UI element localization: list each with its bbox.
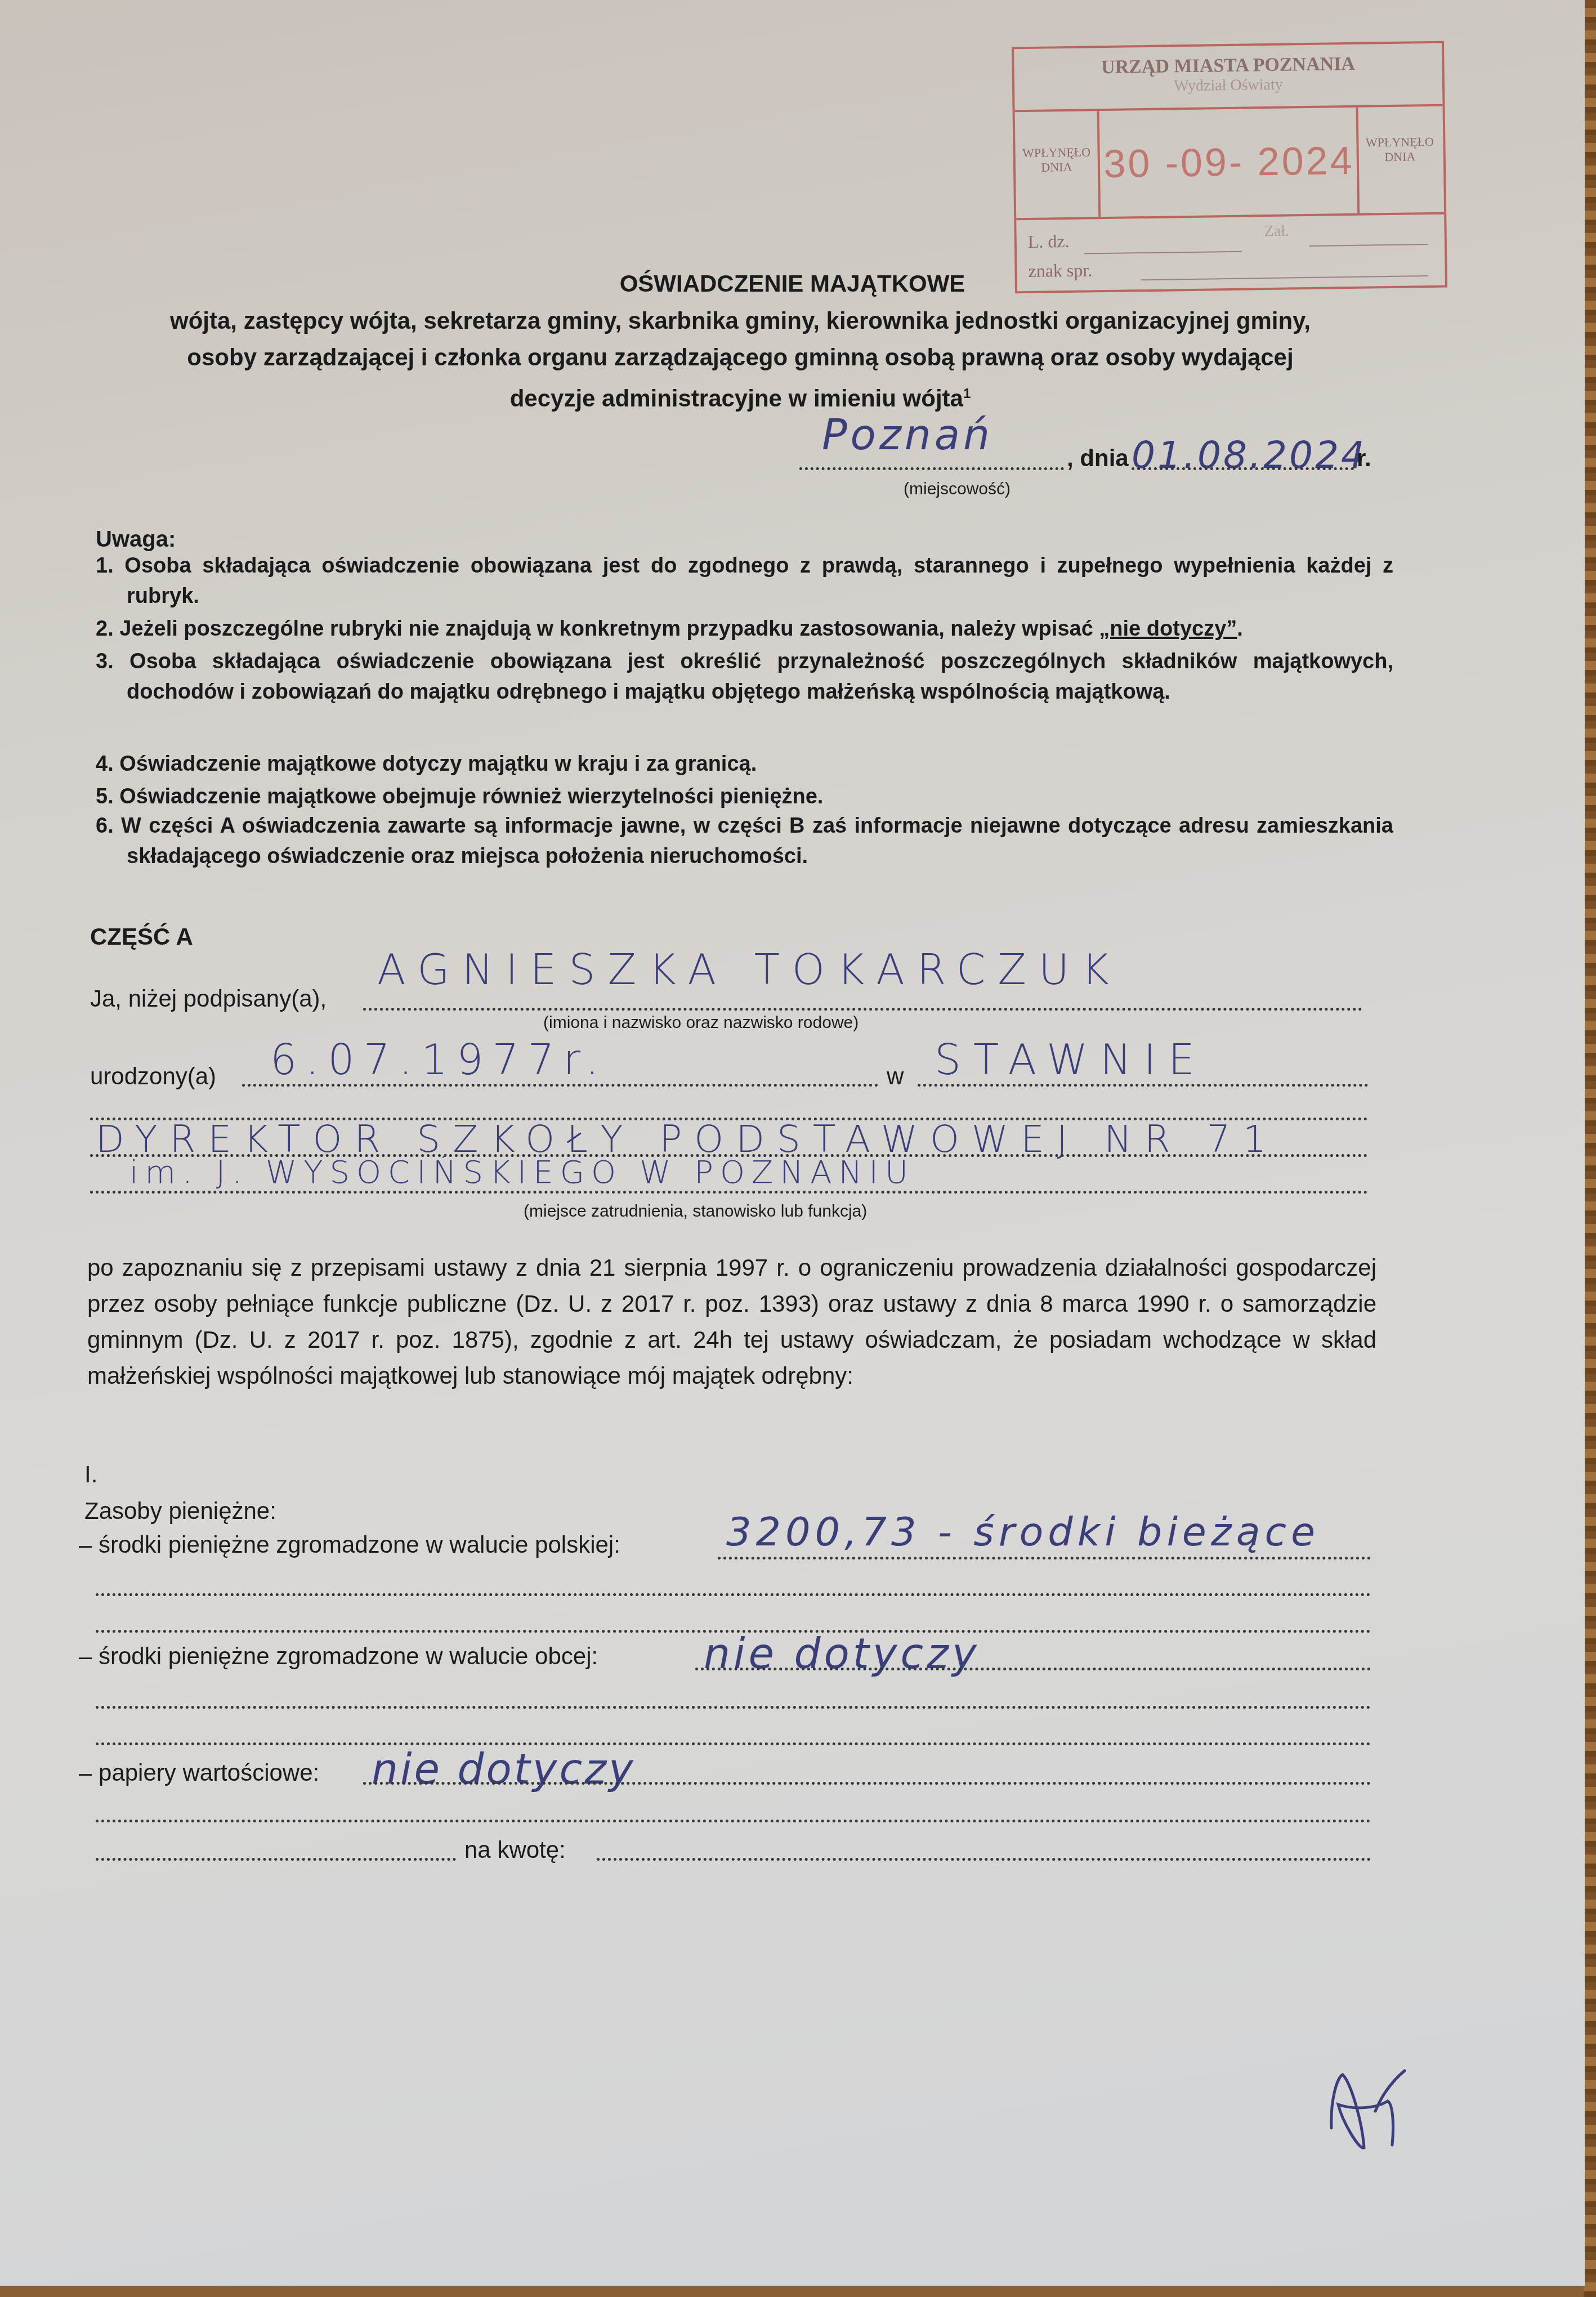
date-field-line [1132,467,1354,470]
securities-value[interactable]: nie dotyczy [372,1745,636,1794]
note-item-6: 6. W części A oświadczenia zawarte są in… [96,811,1393,872]
place-hint: (miejscowość) [904,480,1011,499]
note-item-4: 4. Oświadczenie majątkowe dotyczy majątk… [96,749,1393,779]
name-value[interactable]: AGNIESZKA TOKARCZUK [377,946,1121,994]
name-label: Ja, niżej podpisany(a), [90,985,327,1012]
place-value[interactable]: Poznań [822,411,993,459]
born-place-field-line [918,1084,1368,1087]
pln-value[interactable]: 3200,73 - środki bieżące [726,1509,1320,1555]
foreign-label: – środki pieniężne zgromadzone w walucie… [79,1643,598,1670]
pln-extra-line-1 [96,1593,1371,1596]
declaration-paragraph: po zapoznaniu się z przepisami ustawy z … [87,1250,1376,1394]
note-item-3: 3. Osoba składająca oświadczenie obowiąz… [96,646,1393,707]
employment-hint: (miejsce zatrudnienia, stanowisko lub fu… [524,1202,867,1221]
pln-label: – środki pieniężne zgromadzone w walucie… [79,1531,620,1558]
document-page: URZĄD MIASTA POZNANIA Wydział Oświaty WP… [0,0,1585,2286]
note-item-5: 5. Oświadczenie majątkowe obejmuje równi… [96,781,1393,812]
born-in-label: w [887,1063,904,1090]
date-value[interactable]: 01.08.2024 [1132,434,1367,477]
signature-initials [1320,2061,1416,2156]
note-item-2: 2. Jeżeli poszczególne rubryki nie znajd… [96,614,1393,644]
born-date-field-line [242,1084,878,1087]
foreign-extra-line-1 [96,1706,1371,1709]
pln-field-line [718,1557,1371,1559]
section-numeral: I. [84,1461,97,1488]
securities-extra-line [96,1820,1371,1822]
note-item-1: 1. Osoba składająca oświadczenie obowiąz… [96,551,1393,611]
notes-heading: Uwaga: [96,527,176,552]
document-subtitle-line-1: wójta, zastępcy wójta, sekretarza gminy,… [84,304,1396,338]
born-place-value[interactable]: STAWNIE [935,1036,1207,1084]
foreign-extra-line-2 [96,1742,1371,1745]
stamp-ldz-label: L. dz. [1028,231,1070,252]
foreign-field-line [695,1668,1371,1670]
nie-dotyczy-emphasis: „nie dotyczy” [1099,617,1237,641]
securities-label: – papiery wartościowe: [79,1759,319,1786]
received-stamp: URZĄD MIASTA POZNANIA Wydział Oświaty WP… [1012,41,1447,294]
document-subtitle-line-2: osoby zarządzającej i członka organu zar… [84,341,1396,374]
amount-field-line [597,1858,1371,1861]
employment-value-line-2[interactable]: im. J. WYSOCIŃSKIEGO W POZNANIU [129,1154,915,1191]
stamp-received-date: 30 -09- 2024 [1102,108,1357,217]
stamp-office: URZĄD MIASTA POZNANIA Wydział Oświaty [1014,43,1442,113]
stamp-received-label-right: WPŁYNĘŁO DNIA [1356,106,1442,213]
securities-description-line [96,1858,456,1861]
amount-label: na kwotę: [464,1836,566,1863]
part-a-heading: CZĘŚĆ A [90,923,193,950]
footnote-mark: 1 [963,386,971,401]
stamp-zal-label: Zał. [1264,222,1289,241]
born-label: urodzony(a) [90,1063,216,1090]
document-title: OŚWIADCZENIE MAJĄTKOWE [0,270,1585,297]
employment-field-line-2 [90,1191,1368,1194]
name-hint: (imiona i nazwisko oraz nazwisko rodowe) [543,1013,859,1033]
wooden-table-edge [1584,0,1596,2297]
place-field-line [799,467,1064,470]
section-heading: Zasoby pieniężne: [84,1498,276,1525]
document-subtitle-line-3: decyzje administracyjne w imieniu wójta1 [84,377,1396,415]
born-date-value[interactable]: 6.07.1977r. [270,1036,608,1084]
stamp-received-label-left: WPŁYNĘŁO DNIA [1015,111,1101,218]
foreign-value[interactable]: nie dotyczy [704,1630,980,1678]
securities-field-line [363,1782,1371,1785]
date-suffix: r. [1357,445,1371,472]
name-field-line [363,1008,1362,1011]
date-label: , dnia [1067,445,1129,472]
